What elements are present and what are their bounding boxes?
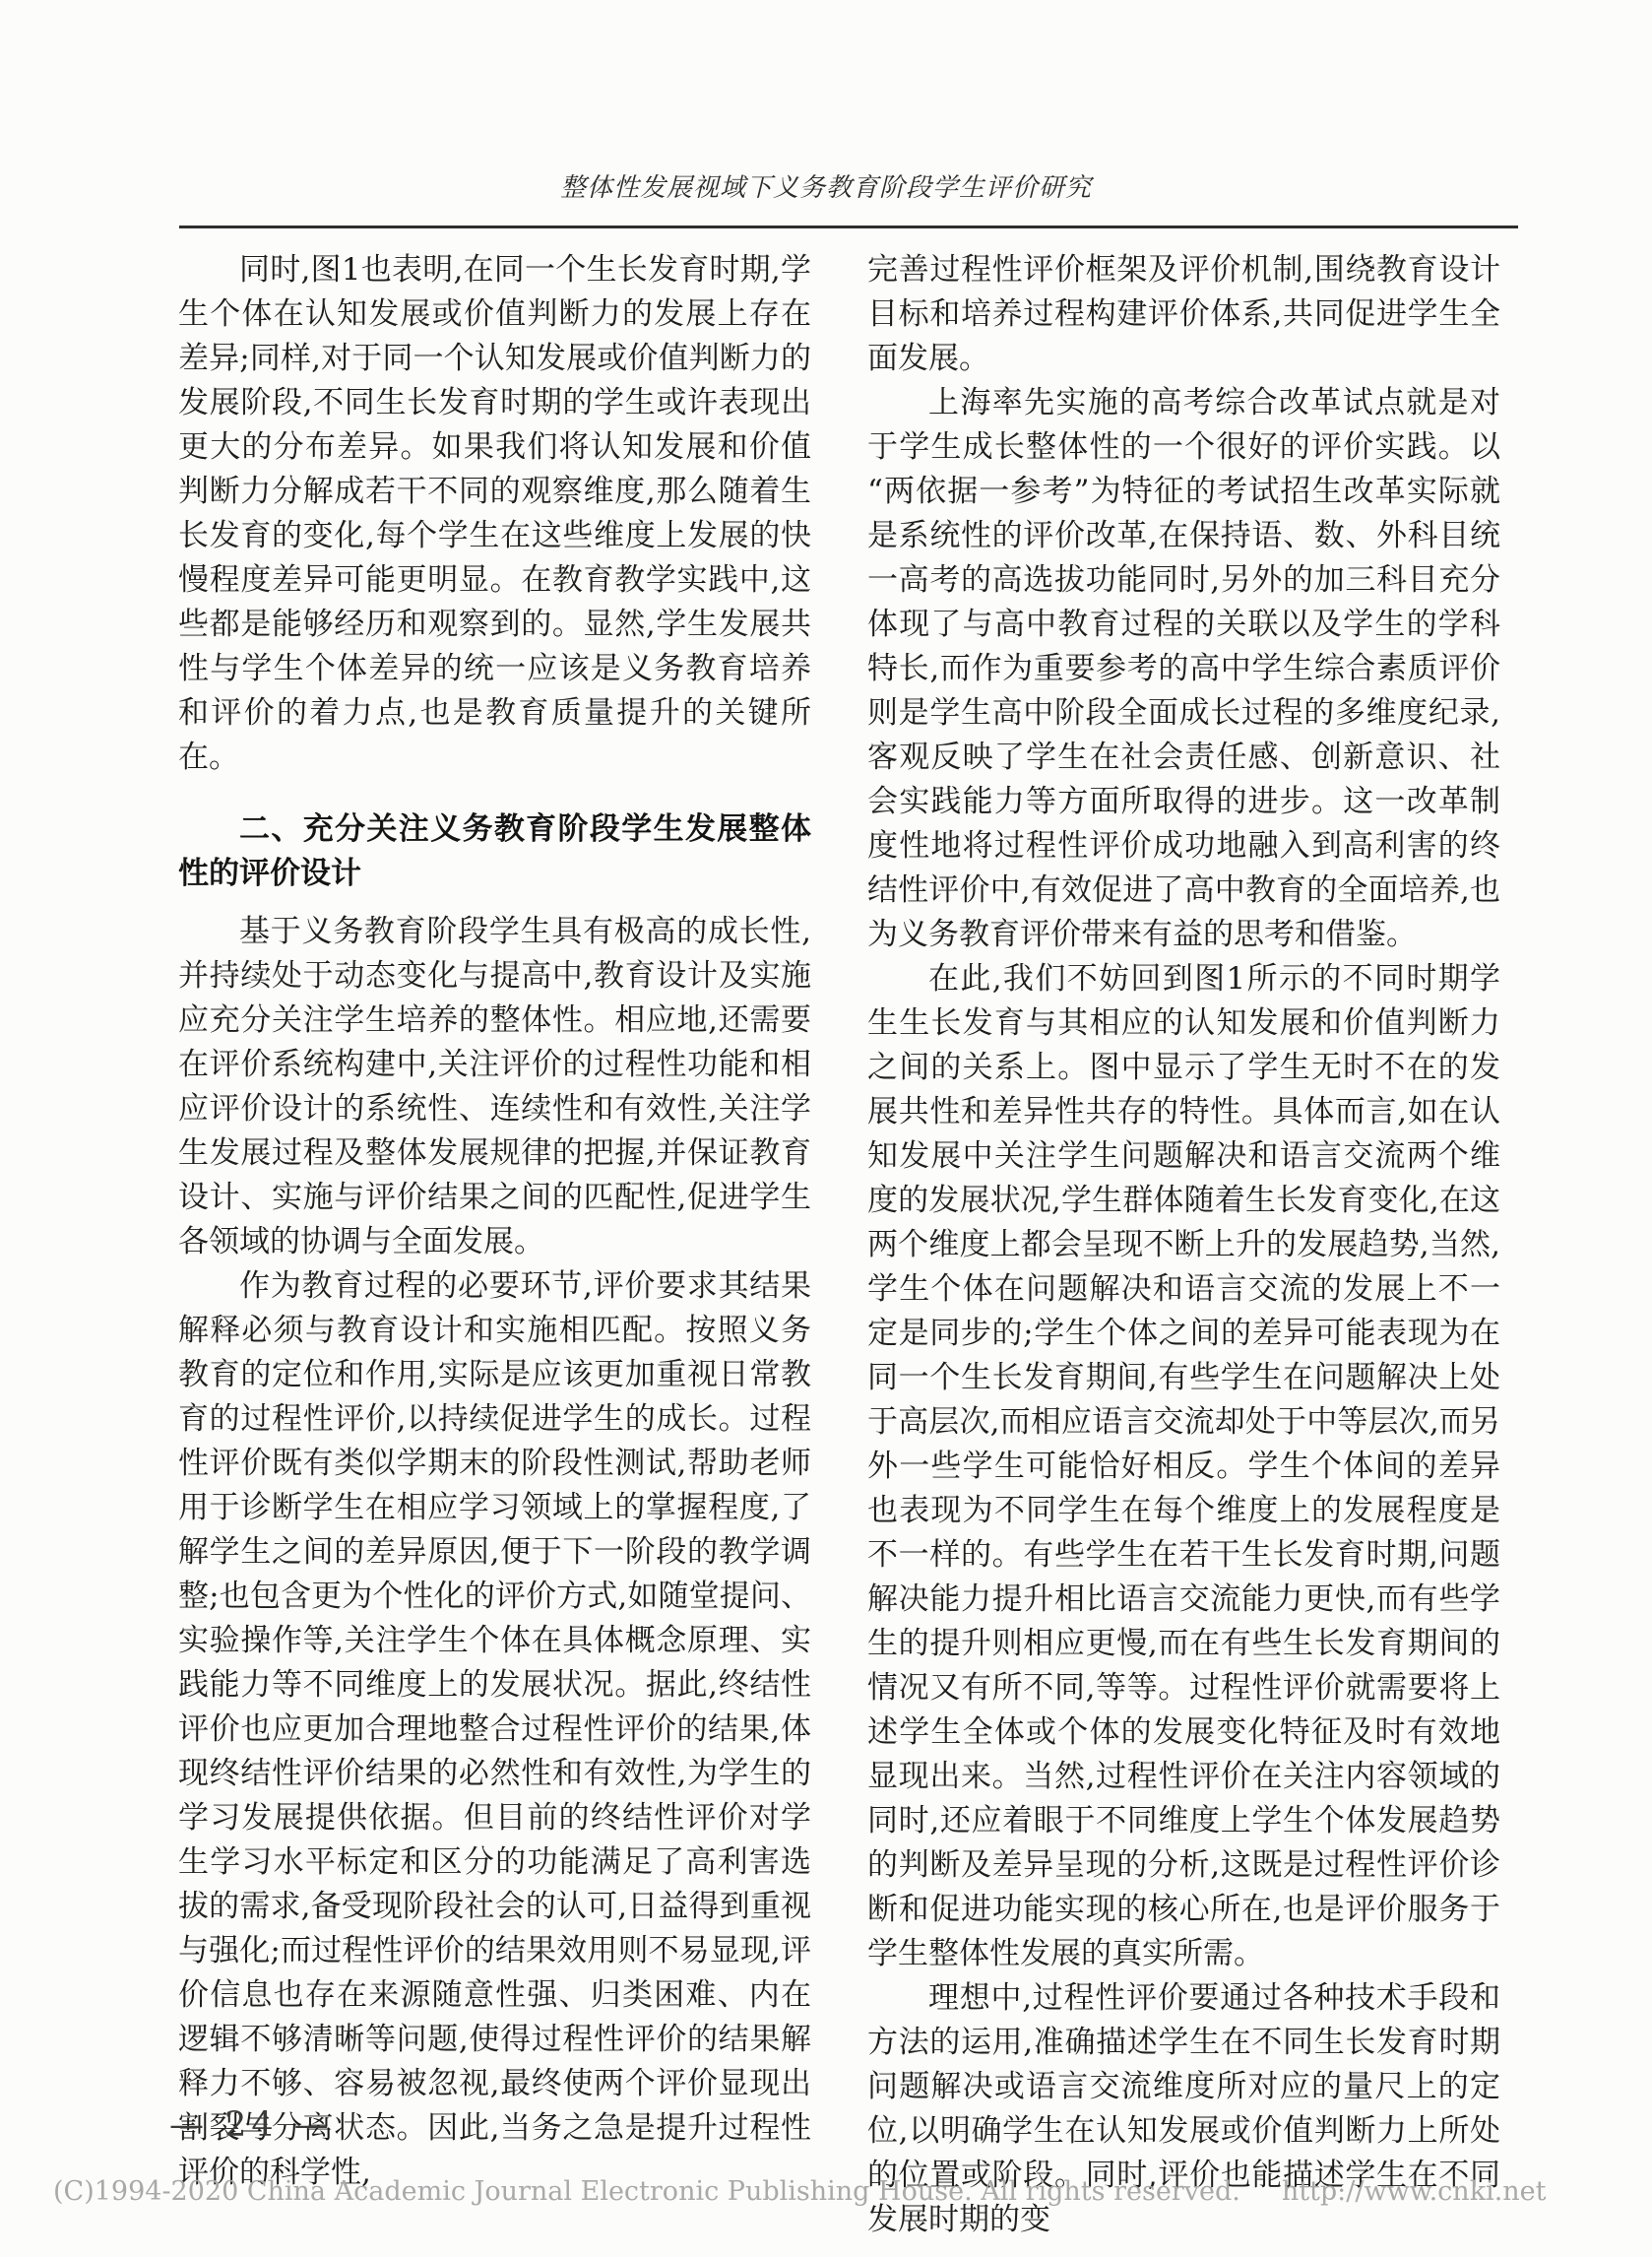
copyright-footer: (C)1994-2020 China Academic Journal Elec… bbox=[53, 2176, 1628, 2208]
section-heading: 二、充分关注义务教育阶段学生发展整体性的评价设计 bbox=[178, 807, 811, 896]
header-rule bbox=[179, 226, 1518, 228]
paragraph: 作为教育过程的必要环节,评价要求其结果解释必须与教育设计和实施相匹配。按照义务教… bbox=[178, 1264, 811, 2195]
paragraph: 上海率先实施的高考综合改革试点就是对于学生成长整体性的一个很好的评价实践。以“两… bbox=[867, 381, 1500, 957]
paragraph: 在此,我们不妨回到图1所示的不同时期学生生长发育与其相应的认知发展和价值判断力之… bbox=[867, 957, 1500, 1976]
running-title: 整体性发展视域下义务教育阶段学生评价研究 bbox=[0, 173, 1652, 203]
paragraph: 完善过程性评价框架及评价机制,围绕教育设计目标和培养过程构建评价体系,共同促进学… bbox=[867, 248, 1500, 381]
paragraph: 同时,图1也表明,在同一个生长发育时期,学生个体在认知发展或价值判断力的发展上存… bbox=[178, 248, 811, 780]
paragraph: 基于义务教育阶段学生具有极高的成长性,并持续处于动态变化与提高中,教育设计及实施… bbox=[178, 910, 811, 1264]
two-column-body: 同时,图1也表明,在同一个生长发育时期,学生个体在认知发展或价值判断力的发展上存… bbox=[178, 248, 1500, 2242]
copyright-text: (C)1994-2020 China Academic Journal Elec… bbox=[53, 2176, 1240, 2207]
left-column: 同时,图1也表明,在同一个生长发育时期,学生个体在认知发展或价值判断力的发展上存… bbox=[178, 248, 811, 2242]
right-column: 完善过程性评价框架及评价机制,围绕教育设计目标和培养过程构建评价体系,共同促进学… bbox=[867, 248, 1500, 2242]
page-number: — 24 — bbox=[169, 2105, 334, 2145]
footer-url: http://www.cnki.net bbox=[1282, 2176, 1547, 2207]
journal-page: 整体性发展视域下义务教育阶段学生评价研究 同时,图1也表明,在同一个生长发育时期… bbox=[0, 0, 1652, 2257]
